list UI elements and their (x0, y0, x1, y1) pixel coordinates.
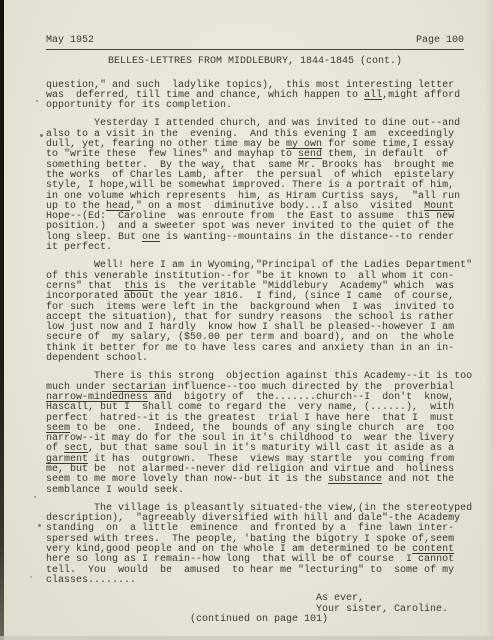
paragraph: Well! here I am in Wyoming,"Principal of… (46, 261, 470, 364)
scan-left-edge (0, 0, 4, 640)
paragraph: There is this strong objection against t… (46, 372, 470, 496)
continuation-note: (continued on page 101) (190, 615, 470, 625)
text-line: semblance I would seek. (46, 486, 470, 496)
underlined-text: substance (328, 474, 382, 485)
text-line: opportunity for its completion. (46, 101, 470, 111)
text-line: classes........ (46, 576, 470, 586)
page-header: May 1952 Page 100 (46, 36, 464, 50)
signature-line-2: Your sister, Caroline. (316, 605, 470, 615)
article-title: BELLES-LETTRES FROM MIDDLEBURY, 1844-184… (46, 57, 464, 67)
letter-body: question," and such ladylike topics), th… (46, 81, 470, 587)
paper-speckle (38, 524, 41, 527)
header-date: May 1952 (46, 36, 94, 46)
text-line: Hascall, but I shall come to regard the … (46, 403, 470, 413)
paragraph: The village is pleasantly situated-the v… (46, 504, 470, 586)
paper-speckle (34, 496, 36, 498)
paragraph: question," and such ladylike topics), th… (46, 81, 470, 112)
page-content: May 1952 Page 100 BELLES-LETTRES FROM MI… (46, 36, 470, 625)
underlined-text: one (142, 232, 160, 243)
signature-line-1: As ever, (316, 594, 470, 604)
paper-speckle (36, 100, 38, 102)
paper-speckle (40, 134, 43, 137)
scan-right-edge (485, 0, 493, 640)
paragraph: Yesterday I attended church, and was inv… (46, 119, 470, 253)
text-line: incorporated about the year 1816. I find… (46, 292, 470, 302)
underlined-text: all (364, 90, 382, 101)
text-line: it perfect. (46, 243, 470, 253)
paper-speckle (30, 576, 32, 578)
scan-bottom-edge (0, 636, 493, 640)
text-line: dependent school. (46, 354, 470, 364)
header-page-number: Page 100 (416, 36, 464, 46)
scanned-page: May 1952 Page 100 BELLES-LETTRES FROM MI… (0, 0, 493, 640)
underlined-text: send (298, 149, 322, 160)
